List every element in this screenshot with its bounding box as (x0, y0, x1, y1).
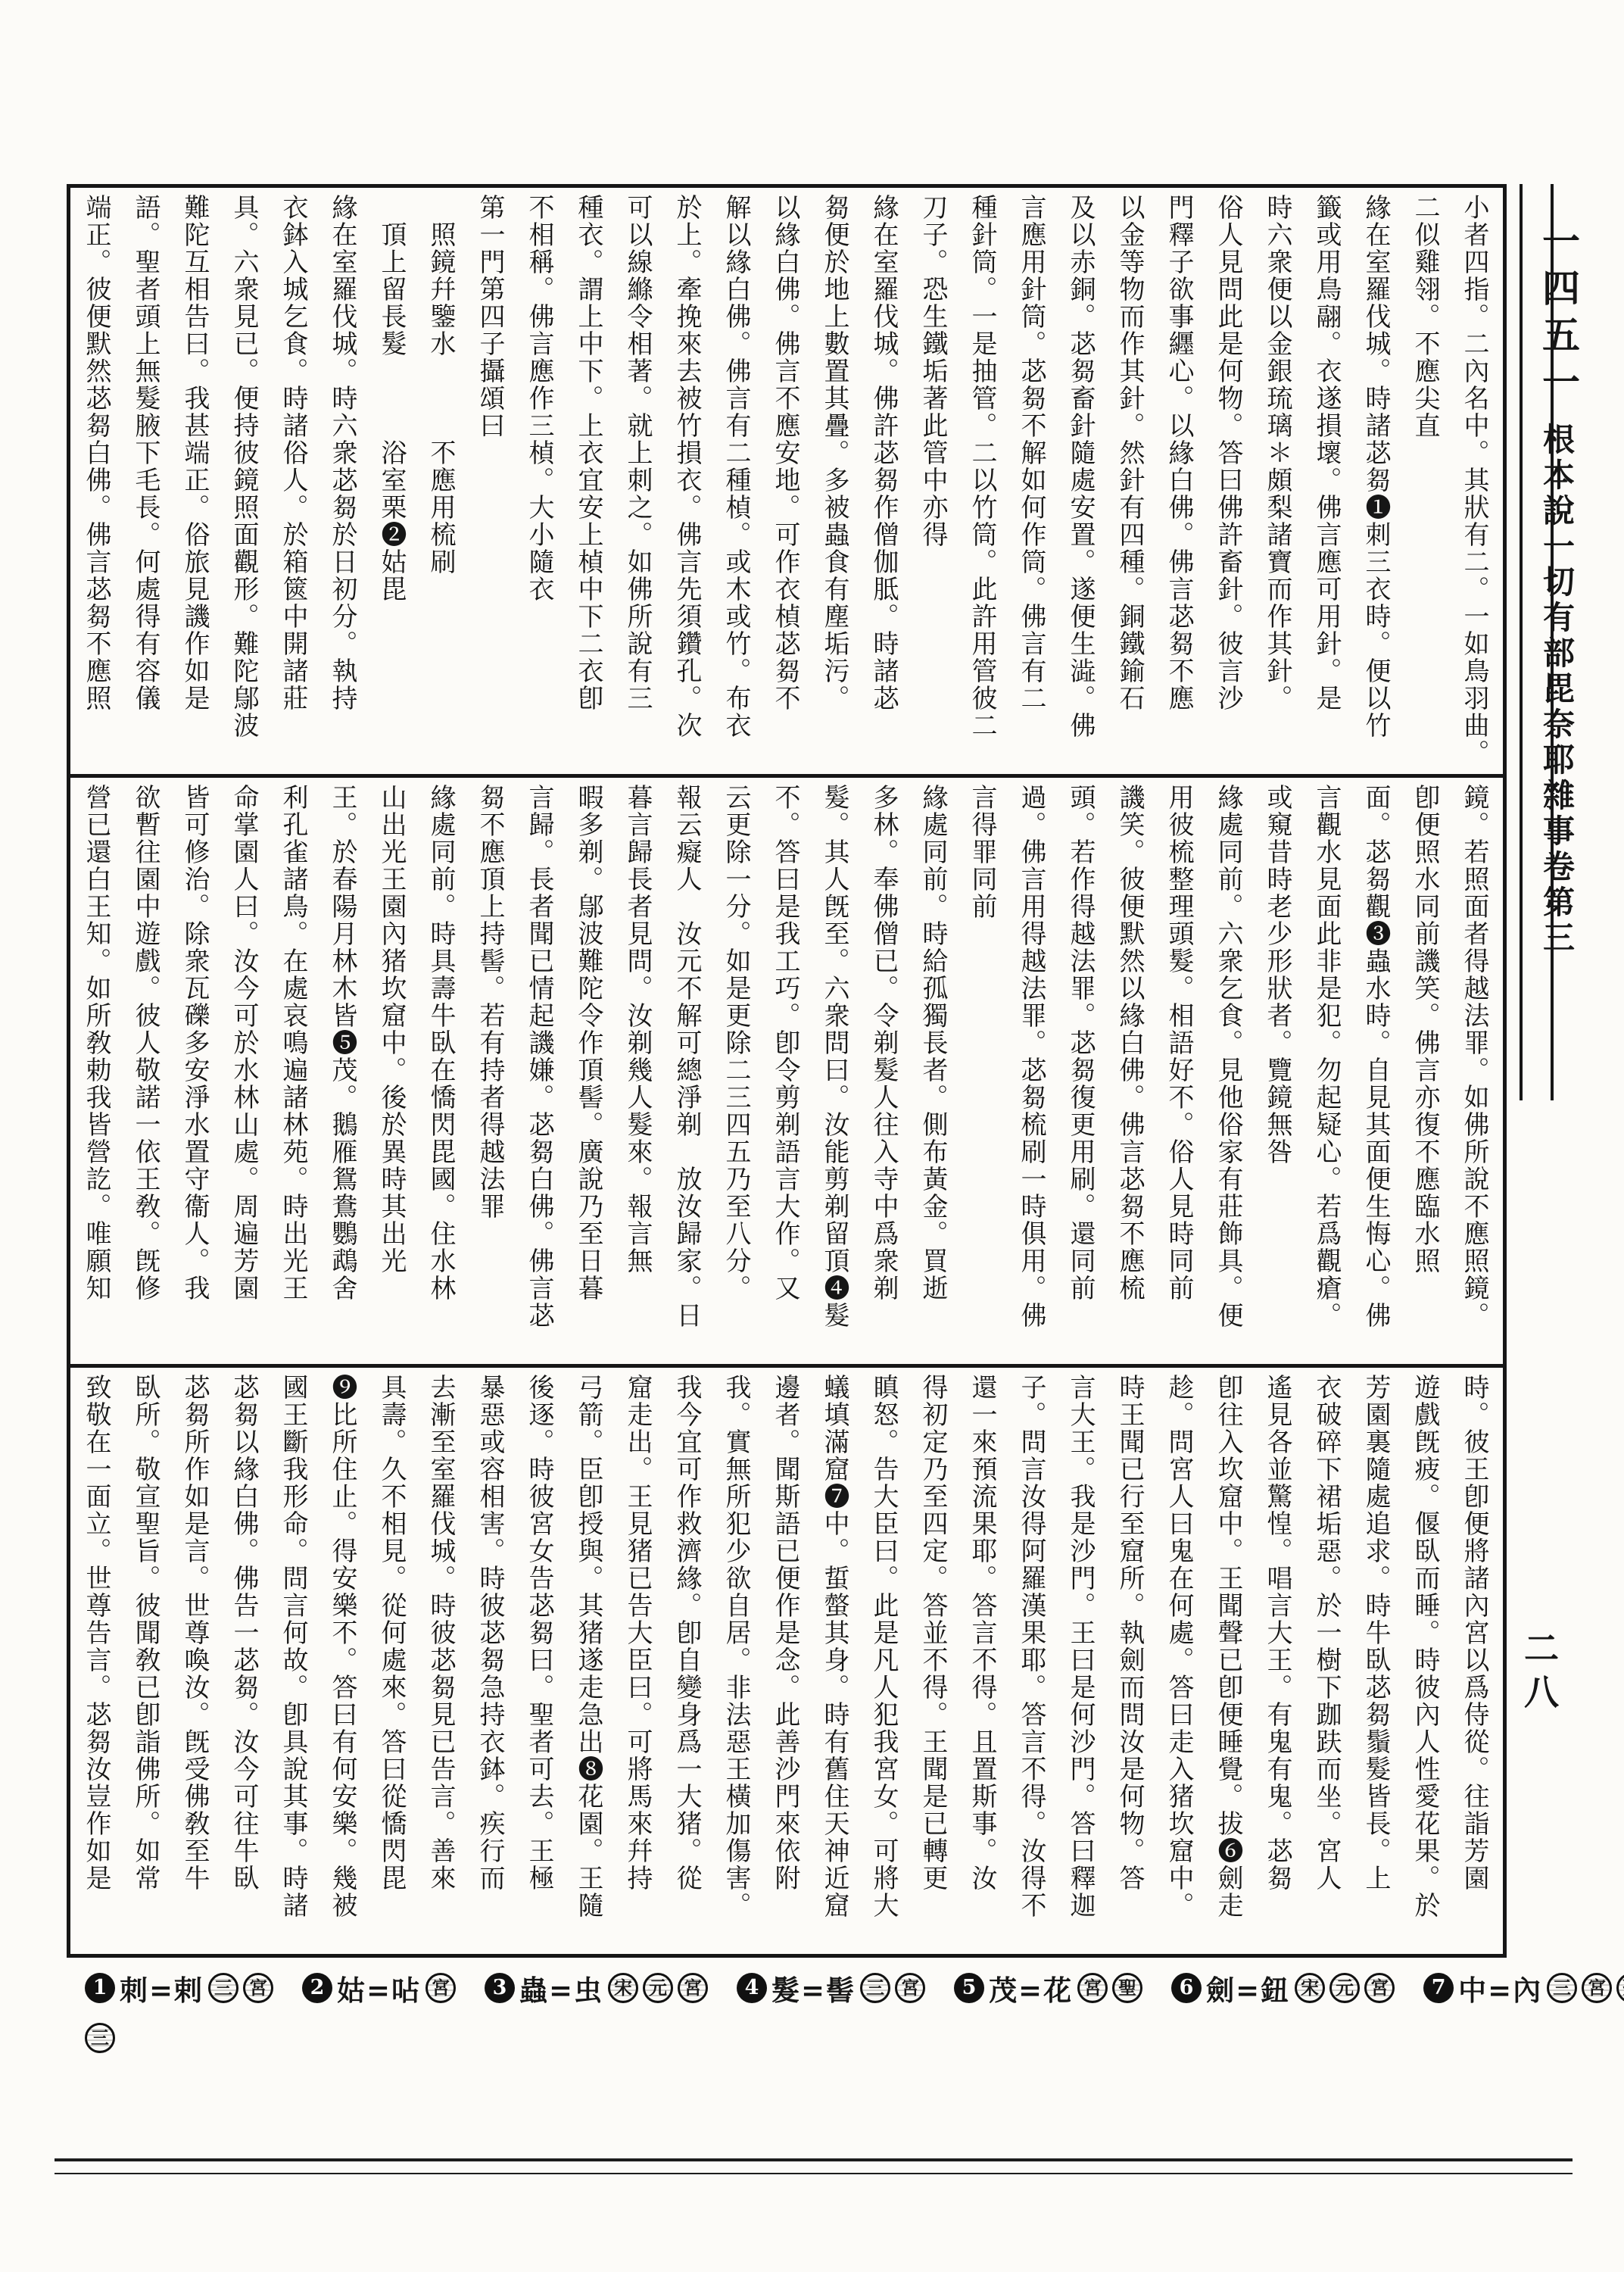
footnote-reading: 姑=呫 (337, 1968, 421, 2008)
text-column: 報云癡人 汝元不解可總淨剃 放汝歸家。日 (662, 784, 711, 1358)
text-column: 緣處同前。六衆乞食。見他俗家有莊飾具。便 (1203, 784, 1252, 1358)
witness-siglum: 宮 (1582, 1973, 1612, 2003)
text-column: 王。於春陽月林木皆❺茂。鵝雁鴛鴦鸚鵡舍 (317, 784, 366, 1358)
text-column: 緣在室羅伐城。時諸苾芻❶刺三衣時。便以竹 (1351, 194, 1400, 768)
text-column: 或窺昔時老少形狀者。覽鏡無咎 (1252, 784, 1301, 1358)
text-column: 遙見各並驚惶。唱言大王。有鬼有鬼。苾芻 (1252, 1374, 1301, 1948)
footnote-reading: 茂=花 (989, 1968, 1073, 2008)
text-column: 髮。其人旣至。六衆問曰。汝能剪剃留頂❹髮 (809, 784, 859, 1358)
text-column: 籤或用鳥翮。衣遂損壞。佛言應可用針。是 (1301, 194, 1351, 768)
scripture-title: 根本說一切有部毘奈耶雜事卷第三 (1534, 423, 1579, 957)
footnote-number-badge: 3 (485, 1973, 515, 2003)
text-column: 言大王。我是沙門。王曰是何沙門。答曰釋迦 (1055, 1374, 1105, 1948)
text-column: 暴惡或容相害。時彼苾芻急持衣鉢。疾行而 (465, 1374, 514, 1948)
footnote-reading: 中=內 (1458, 1968, 1542, 2008)
text-frame: 小者四指。二內名中。其狀有二。一如鳥羽曲。二似雞翎。不應尖直緣在室羅伐城。時諸苾… (67, 184, 1507, 1958)
footnote-number-badge: 5 (954, 1973, 984, 2003)
text-number: 一四五一 (1531, 221, 1585, 409)
text-column: 緣在室羅伐城。佛許苾芻作僧伽胝。時諸苾 (859, 194, 908, 768)
text-column: 言歸。長者聞已情起譏嫌。苾芻白佛。佛言苾 (514, 784, 563, 1358)
text-column: 營已還白王知。如所敎勅我皆營訖。唯願知 (71, 784, 120, 1358)
upper-register: 小者四指。二內名中。其狀有二。一如鳥羽曲。二似雞翎。不應尖直緣在室羅伐城。時諸苾… (70, 188, 1503, 774)
witness-siglum: 三 (208, 1973, 238, 2003)
footnote-number-badge: 2 (302, 1973, 332, 2003)
text-column: 邊者。聞斯語已便作是念。此善沙門來依附 (760, 1374, 809, 1948)
text-column: 俗人見問此是何物。答曰佛許畜針。彼言沙 (1203, 194, 1252, 768)
text-column: 衣鉢入城乞食。時諸俗人。於箱篋中開諸莊 (268, 194, 317, 768)
folio-number: 二八 (1514, 1630, 1564, 1718)
middle-register: 鏡。若照面者得越法罪。如佛所說不應照鏡。卽便照水同前譏笑。佛言亦復不應臨水照面。… (70, 774, 1503, 1364)
footnote-item: 7中=內三宮聖 (1423, 1968, 1624, 2008)
text-column: 皆可修治。除衆瓦礫多安淨水置守衞人。我 (170, 784, 219, 1358)
text-column: 致敬在一面立。世尊告言。苾芻汝豈作如是 (71, 1374, 120, 1948)
text-column: 緣處同前。時具壽牛臥在憍閃毘國。住水林 (416, 784, 465, 1358)
text-column: 過。佛言用得越法罪。苾芻梳刷一時俱用。佛 (1006, 784, 1055, 1358)
text-column: 以緣白佛。佛言不應安地。可作衣楨苾芻不 (760, 194, 809, 768)
text-column: 國王斷我形命。問言何故。卽具說其事。時諸 (268, 1374, 317, 1948)
text-column: 芻不應頂上持髻。若有持者得越法罪 (465, 784, 514, 1358)
text-column: 刀子。恐生鐵垢著此管中亦得 (908, 194, 957, 768)
footnote-number-badge: 4 (737, 1973, 767, 2003)
text-column: 言應用針筒。苾芻不解如何作筒。佛言有二 (1006, 194, 1055, 768)
text-column: 芻便於地上數置其疊。多被蟲食有塵垢污。 (809, 194, 859, 768)
witness-siglum: 宮 (425, 1973, 456, 2003)
text-column: ❾比所住止。得安樂不。答曰有何安樂。幾被 (317, 1374, 366, 1948)
text-column: 弓箭。臣卽授與。其猪遂走急出❽花園。王隨 (563, 1374, 613, 1948)
text-column: 言得罪同前 (957, 784, 1006, 1358)
footnote-reading: 刺=剌 (120, 1968, 204, 2008)
text-column: 還一來預流果耶。答言不得。且置斯事。汝 (957, 1374, 1006, 1948)
text-column: 緣處同前。時給孤獨長者。側布黃金。買逝 (908, 784, 957, 1358)
text-column: 面。苾芻觀❸蟲水時。自見其面便生悔心。佛 (1351, 784, 1400, 1358)
text-column: 語。聖者頭上無髮腋下毛長。何處得有容儀 (120, 194, 170, 768)
text-column: 頭。若作得越法罪。苾芻復更用刷。還同前 (1055, 784, 1105, 1358)
text-column: 趁。問宮人曰鬼在何處。答曰走入猪坎窟中。 (1154, 1374, 1203, 1948)
text-column: 小者四指。二內名中。其狀有二。一如鳥羽曲。 (1449, 194, 1498, 768)
text-column: 具壽。久不相見。從何處來。答曰從憍閃毘 (366, 1374, 416, 1948)
text-column: 瞋怒。告大臣曰。此是凡人犯我宮女。可將大 (859, 1374, 908, 1948)
text-column: 第一門第四子攝頌曰 (465, 194, 514, 768)
witness-siglum: 宮 (1364, 1973, 1395, 2003)
text-column: 我。實無所犯少欲自居。非法惡王橫加傷害。 (711, 1374, 760, 1948)
footnote-number-badge: 7 (1423, 1973, 1454, 2003)
text-column: 以金等物而作其針。然針有四種。銅鐵鍮石 (1105, 194, 1154, 768)
text-column: 芳園裏隨處追求。時牛臥苾芻鬚髮皆長。上 (1351, 1374, 1400, 1948)
text-column: 暮言歸長者見問。汝剃幾人髮來。報言無 (613, 784, 662, 1358)
text-column: 照鏡幷鑒水 不應用梳刷 (416, 194, 465, 768)
footnote-item: 3蟲=虫宋元宮 (485, 1968, 708, 2008)
witness-siglum: 三 (85, 2023, 115, 2053)
text-column: 譏笑。彼便默然以緣白佛。佛言苾芻不應梳 (1105, 784, 1154, 1358)
witness-siglum: 宮 (895, 1973, 925, 2003)
footnote-item: 6劍=鈕宋元宮 (1171, 1968, 1395, 2008)
text-column: 不相稱。佛言應作三楨。大小隨衣 (514, 194, 563, 768)
text-column: 種衣。謂上中下。上衣宜安上楨中下二衣卽 (563, 194, 613, 768)
text-column: 解以緣白佛。佛言有二種楨。或木或竹。布衣 (711, 194, 760, 768)
text-column: 端正。彼便默然苾芻白佛。佛言苾芻不應照 (71, 194, 120, 768)
text-column: 子。問言汝得阿羅漢果耶。答言不得。汝得不 (1006, 1374, 1055, 1948)
text-column: 臥所。敬宣聖旨。彼聞敎已卽詣佛所。如常 (120, 1374, 170, 1948)
text-column: 蟻填滿窟❼中。蜇螫其身。時有舊住天神近窟 (809, 1374, 859, 1948)
witness-siglum: 宮 (243, 1973, 273, 2003)
text-column: 緣在室羅伐城。時六衆苾芻於日初分。執持 (317, 194, 366, 768)
text-column: 暇多剃。鄔波難陀令作頂髻。廣說乃至日暮 (563, 784, 613, 1358)
text-column: 時王聞已行至窟所。執劍而問汝是何物。答 (1105, 1374, 1154, 1948)
footnote-reading: 蟲=虫 (519, 1968, 603, 2008)
witness-siglum: 聖 (1112, 1973, 1142, 2003)
text-column: 具。六衆見已。便持彼鏡照面觀形。難陀鄔波 (219, 194, 268, 768)
footnote-carryover-row: 三 (85, 2016, 1591, 2060)
text-column: 山出光王園內猪坎窟中。後於異時其出光 (366, 784, 416, 1358)
witness-siglum: 聖 (1616, 1973, 1624, 2003)
footnote-item: 4髮=髻三宮 (737, 1968, 925, 2008)
text-column: 我今宜可作救濟緣。卽自變身爲一大猪。從 (662, 1374, 711, 1948)
footnote-reading: 髮=髻 (771, 1968, 856, 2008)
text-column: 門釋子欲事纒心。以緣白佛。佛言苾芻不應 (1154, 194, 1203, 768)
footnote-number-badge: 6 (1171, 1973, 1202, 2003)
text-column: 卽往入坎窟中。王聞聲已卽便睡覺。拔❻劍走 (1203, 1374, 1252, 1948)
witness-siglum: 元 (1329, 1973, 1360, 2003)
text-column: 時。彼王卽便將諸內宮以爲侍從。往詣芳園 (1449, 1374, 1498, 1948)
bottom-rule (55, 2158, 1573, 2161)
witness-siglum: 宮 (1077, 1973, 1108, 2003)
witness-siglum: 宋 (1295, 1973, 1325, 2003)
witness-siglum: 三 (1547, 1973, 1577, 2003)
bottom-rule (55, 2173, 1573, 2174)
footnote-item: 2姑=呫宮 (302, 1968, 456, 2008)
text-column: 時六衆便以金銀琉璃＊頗梨諸寶而作其針。 (1252, 194, 1301, 768)
text-column: 後逐。時彼宮女告苾芻曰。聖者可去。王極 (514, 1374, 563, 1948)
text-column: 利孔雀諸鳥。在處哀鳴遍諸林苑。時出光王 (268, 784, 317, 1358)
text-column: 可以線縧令相著。就上刺之。如佛所說有三 (613, 194, 662, 768)
witness-siglum: 宮 (678, 1973, 708, 2003)
text-column: 遊戲旣疲。偃臥而睡。時彼內人性愛花果。於 (1400, 1374, 1449, 1948)
text-column: 衣破碎下裙垢惡。於一樹下跏趺而坐。宮人 (1301, 1374, 1351, 1948)
text-column: 及以赤銅。苾芻畜針隨處安置。遂便生澁。佛 (1055, 194, 1105, 768)
text-column: 種針筒。一是抽管。二以竹筒。此許用管彼二 (957, 194, 1006, 768)
text-column: 卽便照水同前譏笑。佛言亦復不應臨水照 (1400, 784, 1449, 1358)
footnote-reading: 劍=鈕 (1206, 1968, 1290, 2008)
text-column: 得初定乃至四定。答並不得。王聞是已轉更 (908, 1374, 957, 1948)
text-column: 命掌園人曰。汝今可於水林山處。周遍芳園 (219, 784, 268, 1358)
text-column: 欲暫往園中遊戲。彼人敬諾一依王敎。旣修 (120, 784, 170, 1358)
text-column: 窟走出。王見猪已告大臣曰。可將馬來幷持 (613, 1374, 662, 1948)
witness-siglum: 元 (643, 1973, 673, 2003)
text-column: 云更除一分。如是更除二三四五乃至八分。 (711, 784, 760, 1358)
text-column: 言觀水見面此非是犯。勿起疑心。若爲觀瘡。 (1301, 784, 1351, 1358)
footnote-apparatus: 1刺=剌三宮2姑=呫宮3蟲=虫宋元宮4髮=髻三宮5茂=花宮聖6劍=鈕宋元宮7中=… (85, 1966, 1591, 2060)
witness-siglum: 宋 (608, 1973, 638, 2003)
text-column: 二似雞翎。不應尖直 (1400, 194, 1449, 768)
footnote-item: 5茂=花宮聖 (954, 1968, 1142, 2008)
text-column: 用彼梳整理頭髮。相語好不。俗人見時同前 (1154, 784, 1203, 1358)
footnote-item: 1刺=剌三宮 (85, 1968, 273, 2008)
footnote-number-badge: 1 (85, 1973, 115, 2003)
lower-register: 時。彼王卽便將諸內宮以爲侍從。往詣芳園遊戲旣疲。偃臥而睡。時彼內人性愛花果。於芳… (70, 1364, 1503, 1954)
text-column: 苾芻所作如是言。世尊喚汝。旣受佛敎至牛 (170, 1374, 219, 1948)
text-column: 去漸至室羅伐城。時彼苾芻見已告言。善來 (416, 1374, 465, 1948)
text-column: 頂上留長髮 浴室栗❷姑毘 (366, 194, 416, 768)
footnote-row: 1刺=剌三宮2姑=呫宮3蟲=虫宋元宮4髮=髻三宮5茂=花宮聖6劍=鈕宋元宮7中=… (85, 1966, 1591, 2010)
text-column: 於上。牽挽來去被竹損衣。佛言先須鑽孔。次 (662, 194, 711, 768)
text-column: 鏡。若照面者得越法罪。如佛所說不應照鏡。 (1449, 784, 1498, 1358)
text-column: 多林。奉佛僧已。令剃髮人往入寺中爲衆剃 (859, 784, 908, 1358)
text-column: 不。答曰是我工巧。卽令剪剃語言大作。又 (760, 784, 809, 1358)
witness-siglum: 三 (860, 1973, 890, 2003)
text-column: 難陀互相告曰。我甚端正。俗旅見譏作如是 (170, 194, 219, 768)
margin-rule (1520, 184, 1523, 1100)
text-column: 苾芻以緣白佛。佛告一苾芻。汝今可往牛臥 (219, 1374, 268, 1948)
